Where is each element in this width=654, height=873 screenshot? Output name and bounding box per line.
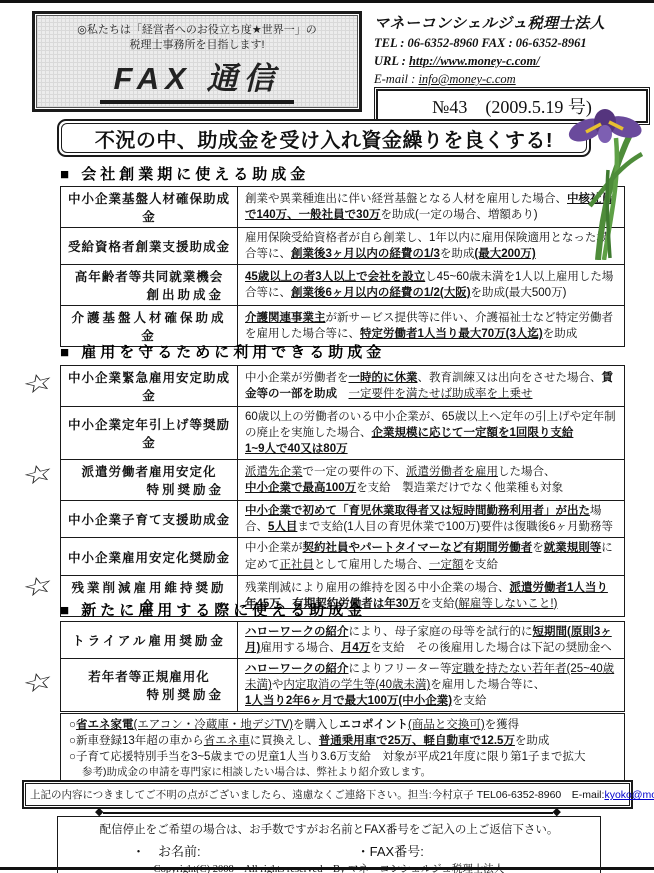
table-row: 中小企業定年引上げ等奨励金 60歳以上の労働者のいる中小企業が、65歳以上へ定年…	[61, 407, 625, 460]
grant-desc: ハローワークの紹介により、母子家庭の母等を試行的に短期間(原則3ヶ月)雇用する場…	[238, 622, 625, 659]
note-reference-line: 参考)助成金の申請を専門家に相談したい場合は、弊社より紹介致します。	[69, 765, 616, 779]
grant-desc: ハローワークの紹介によりフリーター等定職を持たない若年者(25~40歳未満)や内…	[238, 659, 625, 712]
email-link[interactable]: info@money-c.com	[418, 72, 515, 86]
table-row: 受給資格者創業支援助成金 雇用保険受給資格者が自ら創業し、1年以内に雇用保険適用…	[61, 228, 625, 265]
tel-fax-line: TEL : 06-6352-8960 FAX : 06-6352-8961	[374, 36, 650, 51]
table-row: 若年者等正規雇用化特別奨励金 ハローワークの紹介によりフリーター等定職を持たない…	[61, 659, 625, 712]
grant-table-protect-employment: 中小企業緊急雇用安定助成金 中小企業が労働者を一時的に休業、教育訓練又は出向をさ…	[60, 365, 625, 617]
unsubscribe-box: 配信停止をご希望の場合は、お手数ですがお名前とFAX番号をご記入の上ご返信下さい…	[57, 816, 601, 873]
grant-desc: 雇用保険受給資格者が自ら創業し、1年以内に雇用保険適用となった場合等に、創業後3…	[238, 228, 625, 265]
email-line: E-mail : info@money-c.com	[374, 72, 650, 87]
table-row: トライアル雇用奨励金 ハローワークの紹介により、母子家庭の母等を試行的に短期間(…	[61, 622, 625, 659]
note-line: ○新車登録13年超の車から省エネ車に買換えし、普通乗用車で25万、軽自動車で12…	[69, 733, 616, 749]
grant-name: 高年齢者等共同就業機会創出助成金	[61, 265, 238, 306]
issue-number: №43 (2009.5.19 号)	[376, 89, 648, 123]
headline-banner: 不況の中、助成金を受け入れ資金繰りを良くする!	[57, 119, 591, 157]
grant-desc: 創業や異業種進出に伴い経営基盤となる人材を雇用した場合、中核社員で140万、一般…	[238, 187, 625, 228]
star-marker: ☆	[21, 668, 57, 699]
grant-name: 中小企業基盤人材確保助成金	[61, 187, 238, 228]
table-row: 中小企業基盤人材確保助成金 創業や異業種進出に伴い経営基盤となる人材を雇用した場…	[61, 187, 625, 228]
grant-table-new-hiring: トライアル雇用奨励金 ハローワークの紹介により、母子家庭の母等を試行的に短期間(…	[60, 621, 625, 712]
star-marker: ☆	[21, 369, 57, 400]
copyright-notice: Copyright(C) 2008 All rights reserved By…	[64, 861, 594, 873]
grant-name: 派遣労働者雇用安定化特別奨励金	[61, 460, 238, 501]
grant-table-founding: 中小企業基盤人材確保助成金 創業や異業種進出に伴い経営基盤となる人材を雇用した場…	[60, 186, 625, 347]
grant-name: 受給資格者創業支援助成金	[61, 228, 238, 265]
grant-name: トライアル雇用奨励金	[61, 622, 238, 659]
grant-desc: 中小企業が契約社員やパートタイマーなど有期間労働者を就業規則等に定めて正社員とし…	[238, 538, 625, 575]
table-row: 中小企業緊急雇用安定助成金 中小企業が労働者を一時的に休業、教育訓練又は出向をさ…	[61, 366, 625, 407]
note-line: ○省エネ家電(エアコン・冷蔵庫・地デジTV)を購入しエコポイント(商品と交換可)…	[69, 717, 616, 733]
grant-desc: 45歳以上の者3人以上で会社を設立し45~60歳未満を1人以上雇用した場合等に、…	[238, 265, 625, 306]
top-border-rule	[0, 0, 654, 3]
grant-name: 中小企業緊急雇用安定助成金	[61, 366, 238, 407]
table-row: 高年齢者等共同就業機会創出助成金 45歳以上の者3人以上で会社を設立し45~60…	[61, 265, 625, 306]
eco-notes-box: ○省エネ家電(エアコン・冷蔵庫・地デジTV)を購入しエコポイント(商品と交換可)…	[60, 713, 625, 782]
name-field-label[interactable]: ・ お名前:	[132, 841, 201, 860]
grant-desc: 中小企業が労働者を一時的に休業、教育訓練又は出向をさせた場合、賃金等の一部を助成…	[238, 366, 625, 407]
star-marker: ☆	[21, 572, 57, 603]
note-line: ○子育て応援特別手当を3~5歳までの児童1人当り3.6万支給 対象が平成21年度…	[69, 749, 616, 765]
section-title-founding: ■ 会社創業期に使える助成金	[60, 163, 309, 184]
unsubscribe-instruction: 配信停止をご希望の場合は、お手数ですがお名前とFAX番号をご記入の上ご返信下さい…	[64, 821, 594, 837]
newsletter-title: FAX 通信	[100, 53, 295, 104]
inquiry-text: 上記の内容につきましてご不明の点がございましたら、遠慮なくご連絡下さい。担当:今…	[30, 789, 604, 801]
inquiry-contact-bar: 上記の内容につきましてご不明の点がございましたら、遠慮なくご連絡下さい。担当:今…	[22, 780, 633, 809]
office-slogan: ◎私たちは「経営者へのお役立ち度★世界一」の 税理士事務所を目指します!	[77, 23, 316, 53]
fax-newsletter-page: ◎私たちは「経営者へのお役立ち度★世界一」の 税理士事務所を目指します! FAX…	[0, 0, 654, 873]
section-title-new-hiring: ■ 新たに雇用する際に使える助成金	[60, 599, 366, 620]
table-row: 派遣労働者雇用安定化特別奨励金 派遣先企業で一定の要件の下、派遣労働者を雇用した…	[61, 460, 625, 501]
website-link[interactable]: http://www.money-c.com/	[409, 54, 540, 68]
star-marker: ☆	[21, 460, 57, 491]
grant-name: 若年者等正規雇用化特別奨励金	[61, 659, 238, 712]
url-line: URL : http://www.money-c.com/	[374, 54, 650, 69]
contact-email-link[interactable]: kyoko@money-c.com	[604, 789, 654, 801]
masthead-panel: ◎私たちは「経営者へのお役立ち度★世界一」の 税理士事務所を目指します! FAX…	[32, 11, 362, 112]
grant-name: 中小企業子育て支援助成金	[61, 501, 238, 538]
section-title-protect-employment: ■ 雇用を守るために利用できる助成金	[60, 341, 385, 362]
table-row: 中小企業雇用安定化奨励金 中小企業が契約社員やパートタイマーなど有期間労働者を就…	[61, 538, 625, 575]
fax-number-field-label[interactable]: ・FAX番号:	[357, 841, 424, 860]
grant-desc: 派遣先企業で一定の要件の下、派遣労働者を雇用した場合、中小企業で最高100万を支…	[238, 460, 625, 501]
grant-desc: 中小企業で初めて「育児休業取得者又は短時間勤務利用者」が出た場合、5人目まで支給…	[238, 501, 625, 538]
headline-text: 不況の中、助成金を受け入れ資金繰りを良くする!	[61, 123, 587, 153]
grant-name: 中小企業定年引上げ等奨励金	[61, 407, 238, 460]
table-row: 中小企業子育て支援助成金 中小企業で初めて「育児休業取得者又は短時間勤務利用者」…	[61, 501, 625, 538]
grant-desc: 60歳以上の労働者のいる中小企業が、65歳以上へ定年の引上げや定年制の廃止を実施…	[238, 407, 625, 460]
grant-name: 中小企業雇用安定化奨励金	[61, 538, 238, 575]
publisher-info: マネーコンシェルジュ税理士法人 TEL : 06-6352-8960 FAX :…	[374, 12, 650, 87]
organization-name: マネーコンシェルジュ税理士法人	[374, 12, 650, 33]
